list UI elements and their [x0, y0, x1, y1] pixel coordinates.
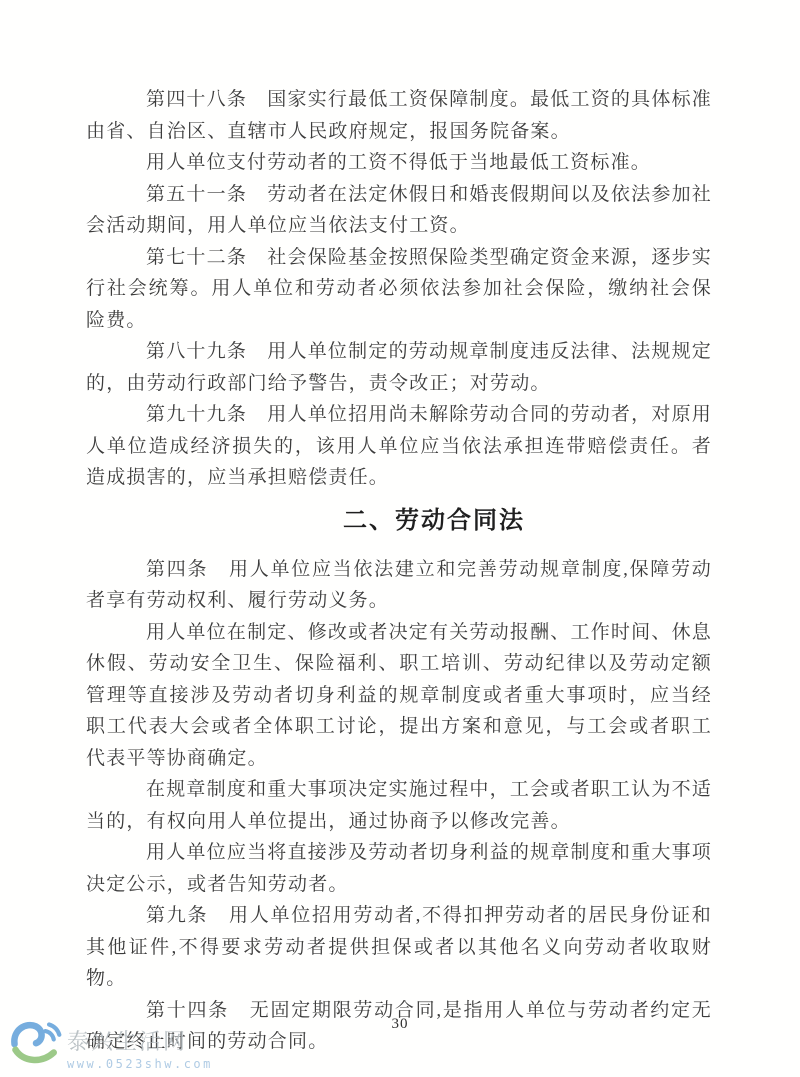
section-heading-labor-contract-law: 二、劳动合同法: [86, 504, 712, 538]
law-paragraph: 第五十一条 劳动者在法定休假日和婚丧假期间以及依法参加社会活动期间，用人单位应当…: [86, 179, 712, 242]
site-watermark: 泰兴生活网 www.0523shw.com: [8, 1018, 213, 1074]
page-number: 30: [392, 1016, 409, 1032]
law-paragraph: 用人单位应当将直接涉及劳动者切身利益的规章制度和重大事项决定公示，或者告知劳动者…: [86, 837, 712, 900]
law-paragraph: 第八十九条 用人单位制定的劳动规章制度违反法律、法规规定的，由劳动行政部门给予警…: [86, 336, 712, 399]
law-paragraph: 第七十二条 社会保险基金按照保险类型确定资金来源，逐步实行社会统筹。用人单位和劳…: [86, 242, 712, 337]
law-paragraph: 第九条 用人单位招用劳动者,不得扣押劳动者的居民身份证和其他证件,不得要求劳动者…: [86, 900, 712, 995]
site-url: www.0523shw.com: [67, 1057, 213, 1071]
law-paragraph: 第四十八条 国家实行最低工资保障制度。最低工资的具体标准由省、自治区、直辖市人民…: [86, 84, 712, 147]
law-paragraph: 第九十九条 用人单位招用尚未解除劳动合同的劳动者，对原用人单位造成经济损失的，该…: [86, 399, 712, 494]
law-paragraph: 在规章制度和重大事项决定实施过程中，工会或者职工认为不适当的，有权向用人单位提出…: [86, 774, 712, 837]
site-name: 泰兴生活网: [67, 1030, 213, 1054]
site-logo-icon: [8, 1018, 64, 1074]
document-content: 第四十八条 国家实行最低工资保障制度。最低工资的具体标准由省、自治区、直辖市人民…: [86, 84, 712, 1058]
law-paragraph: 用人单位在制定、修改或者决定有关劳动报酬、工作时间、休息休假、劳动安全卫生、保险…: [86, 617, 712, 775]
watermark-text: 泰兴生活网 www.0523shw.com: [67, 1018, 213, 1071]
law-paragraph: 用人单位支付劳动者的工资不得低于当地最低工资标准。: [86, 147, 712, 179]
document-page: 第四十八条 国家实行最低工资保障制度。最低工资的具体标准由省、自治区、直辖市人民…: [0, 0, 800, 1077]
law-paragraph: 第四条 用人单位应当依法建立和完善劳动规章制度,保障劳动者享有劳动权利、履行劳动…: [86, 554, 712, 617]
labor-law-paragraphs: 第四十八条 国家实行最低工资保障制度。最低工资的具体标准由省、自治区、直辖市人民…: [86, 84, 712, 494]
labor-contract-law-paragraphs: 第四条 用人单位应当依法建立和完善劳动规章制度,保障劳动者享有劳动权利、履行劳动…: [86, 554, 712, 1058]
